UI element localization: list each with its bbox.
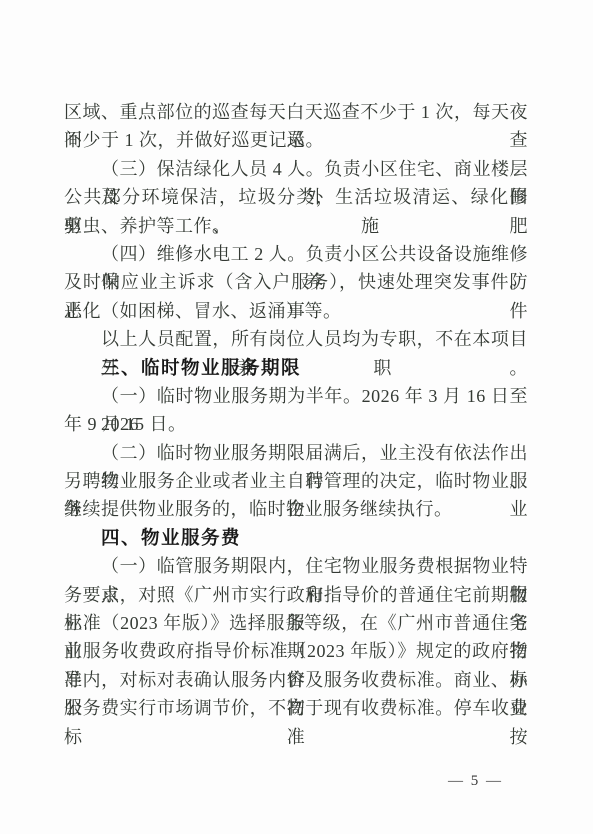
document-line: （四）维修水电工 2 人。负责小区公共设备设施维修保养。 (64, 240, 528, 268)
document-line: 年 9 月 15 日。 (64, 410, 528, 438)
document-line: （一）临管服务期限内，住宅物业服务费根据物业特点和服 (64, 552, 528, 580)
page-number: — 5 — (448, 772, 528, 790)
document-line: 标准（2023 年版）》选择服务等级，在《广州市普通住宅前期物 (64, 609, 528, 637)
document-line: （二）临时物业服务期限届满后，业主没有依法作出续聘、 (64, 439, 528, 467)
document-line: 服务费实行市场调节价，不高于现有收费标准。停车收费标准按 (64, 694, 528, 722)
document-body: 区域、重点部位的巡查每天白天巡查不少于 1 次，每天夜间巡查不少于 1 次，并做… (64, 98, 528, 723)
document-line: 公共部分环境保洁，垃圾分类，生活垃圾清运、绿化修剪、施肥 (64, 183, 528, 211)
document-line: 务要求，对照《广州市实行政府指导价的普通住宅前期物业服务 (64, 581, 528, 609)
document-line: 区域、重点部位的巡查每天白天巡查不少于 1 次，每天夜间巡查 (64, 98, 528, 126)
document-line: （三）保洁绿化人员 4 人。负责小区住宅、商业楼层及外围 (64, 155, 528, 183)
document-line: （一）临时物业服务期为半年。2026 年 3 月 16 日至 2026 (64, 382, 528, 410)
document-line: 业服务收费政府指导价标准（2023 年版）》规定的政府指导价标 (64, 637, 528, 665)
document-line: 准内，对标对表确认服务内容及服务收费标准。商业、办公物业 (64, 666, 528, 694)
document-line: 及时响应业主诉求（含入户服务），快速处理突发事件防止事件 (64, 268, 528, 296)
section-heading: 四、物业服务费 (64, 524, 528, 552)
document-line: 另聘物业服务企业或者业主自行管理的决定，临时物业服务企业 (64, 467, 528, 495)
document-page: 区域、重点部位的巡查每天白天巡查不少于 1 次，每天夜间巡查不少于 1 次，并做… (0, 0, 593, 834)
document-line: 以上人员配置，所有岗位人员均为专职，不在本项目外兼职。 (64, 325, 528, 353)
